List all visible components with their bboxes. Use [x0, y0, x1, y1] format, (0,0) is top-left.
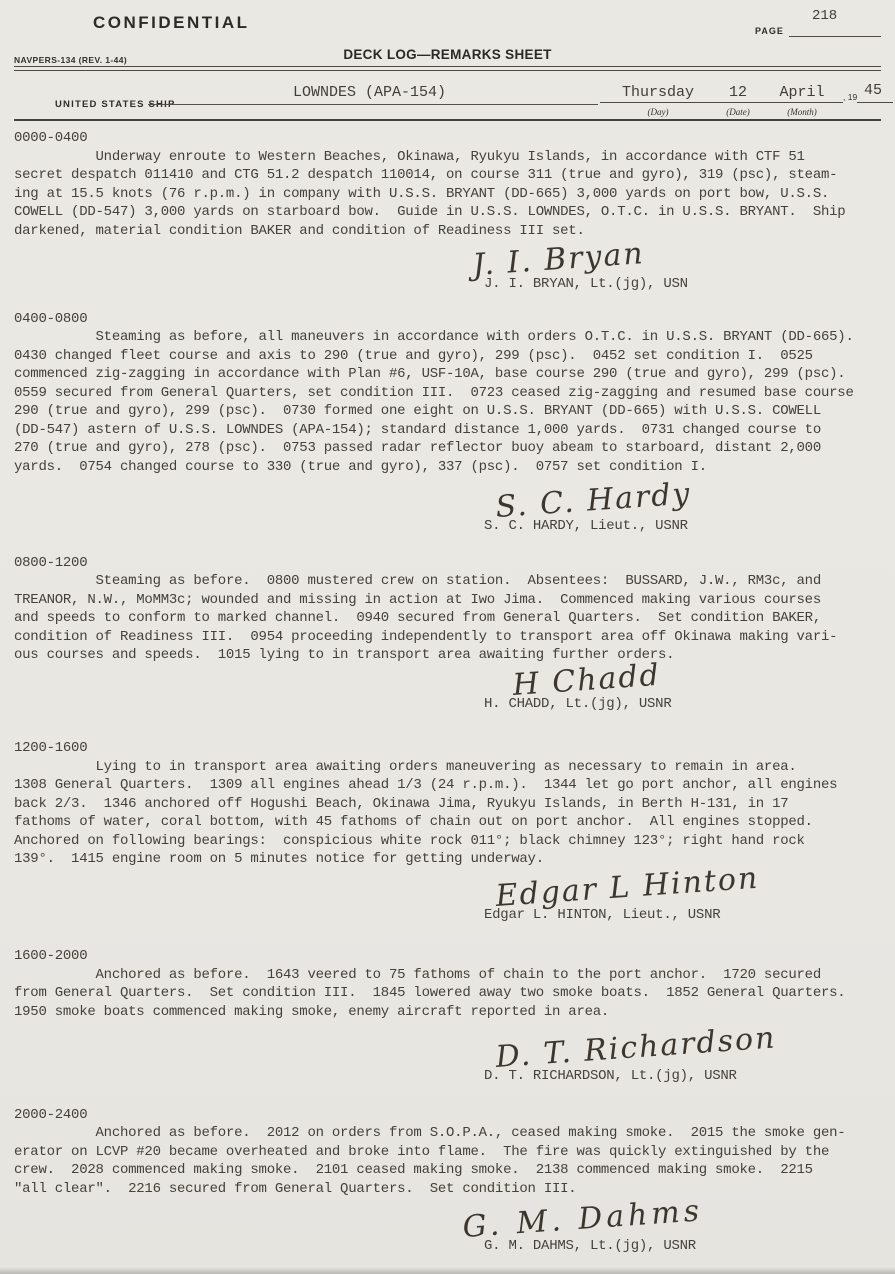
- sheet-title: DECK LOG—REMARKS SHEET: [0, 47, 895, 62]
- ship-name: LOWNDES (APA-154): [293, 84, 446, 101]
- classification-stamp: CONFIDENTIAL: [93, 13, 250, 33]
- signature-block: S. C. Hardy S. C. HARDY, Lieut., USNR: [469, 490, 881, 536]
- log-entries: 0000-0400 Underway enroute to Western Be…: [0, 129, 895, 1256]
- form-header: CONFIDENTIAL 218 PAGE NAVPERS-134 (REV. …: [0, 0, 895, 125]
- entry-0000-0400: 0000-0400 Underway enroute to Western Be…: [14, 129, 881, 240]
- signature-block: J. I. Bryan J. I. BRYAN, Lt.(jg), USN: [469, 248, 881, 294]
- entry-body: Steaming as before, all maneuvers in acc…: [14, 328, 881, 476]
- signature-block: G. M. Dahms G. M. DAHMS, Lt.(jg), USNR: [469, 1210, 881, 1256]
- year-value: 45: [864, 82, 882, 99]
- year-prefix: , 19: [843, 92, 857, 102]
- entry-1200-1600: 1200-1600 Lying to in transport area awa…: [14, 739, 881, 869]
- date-date-label: (Date): [713, 107, 763, 117]
- entry-time-range: 0800-1200: [14, 554, 881, 573]
- entry-time-range: 0000-0400: [14, 129, 881, 148]
- bottom-edge-shade: [0, 1267, 895, 1274]
- deck-log-page: CONFIDENTIAL 218 PAGE NAVPERS-134 (REV. …: [0, 0, 895, 1274]
- entry-time-range: 2000-2400: [14, 1106, 881, 1125]
- entry-2000-2400: 2000-2400 Anchored as before. 2012 on or…: [14, 1106, 881, 1199]
- entry-body: Anchored as before. 2012 on orders from …: [14, 1124, 881, 1198]
- page-number-underline: [789, 36, 881, 37]
- entry-1600-2000: 1600-2000 Anchored as before. 1643 veere…: [14, 947, 881, 1021]
- entry-0800-1200: 0800-1200 Steaming as before. 0800 muste…: [14, 554, 881, 665]
- entry-body: Anchored as before. 1643 veered to 75 fa…: [14, 966, 881, 1022]
- date-month-label: (Month): [763, 107, 841, 117]
- date-day-value: Thursday: [608, 84, 708, 101]
- page-number-value: 218: [812, 8, 837, 24]
- signature-block: D. T. Richardson D. T. RICHARDSON, Lt.(j…: [469, 1040, 881, 1086]
- date-day-label: (Day): [608, 107, 708, 117]
- entry-body: Underway enroute to Western Beaches, Oki…: [14, 148, 881, 241]
- entry-time-range: 0400-0800: [14, 310, 881, 329]
- header-main-rule: [14, 119, 881, 121]
- page-label: PAGE: [755, 26, 784, 36]
- entry-body: Lying to in transport area awaiting orde…: [14, 758, 881, 869]
- entry-0400-0800: 0400-0800 Steaming as before, all maneuv…: [14, 310, 881, 477]
- date-month-value: April: [763, 84, 841, 101]
- date-date-value: 12: [713, 84, 763, 101]
- signature-block: Edgar L Hinton Edgar L. HINTON, Lieut., …: [469, 879, 881, 925]
- signature-block: H Chadd H. CHADD, Lt.(jg), USNR: [469, 668, 881, 714]
- double-rule: [14, 66, 881, 71]
- entry-time-range: 1600-2000: [14, 947, 881, 966]
- entry-time-range: 1200-1600: [14, 739, 881, 758]
